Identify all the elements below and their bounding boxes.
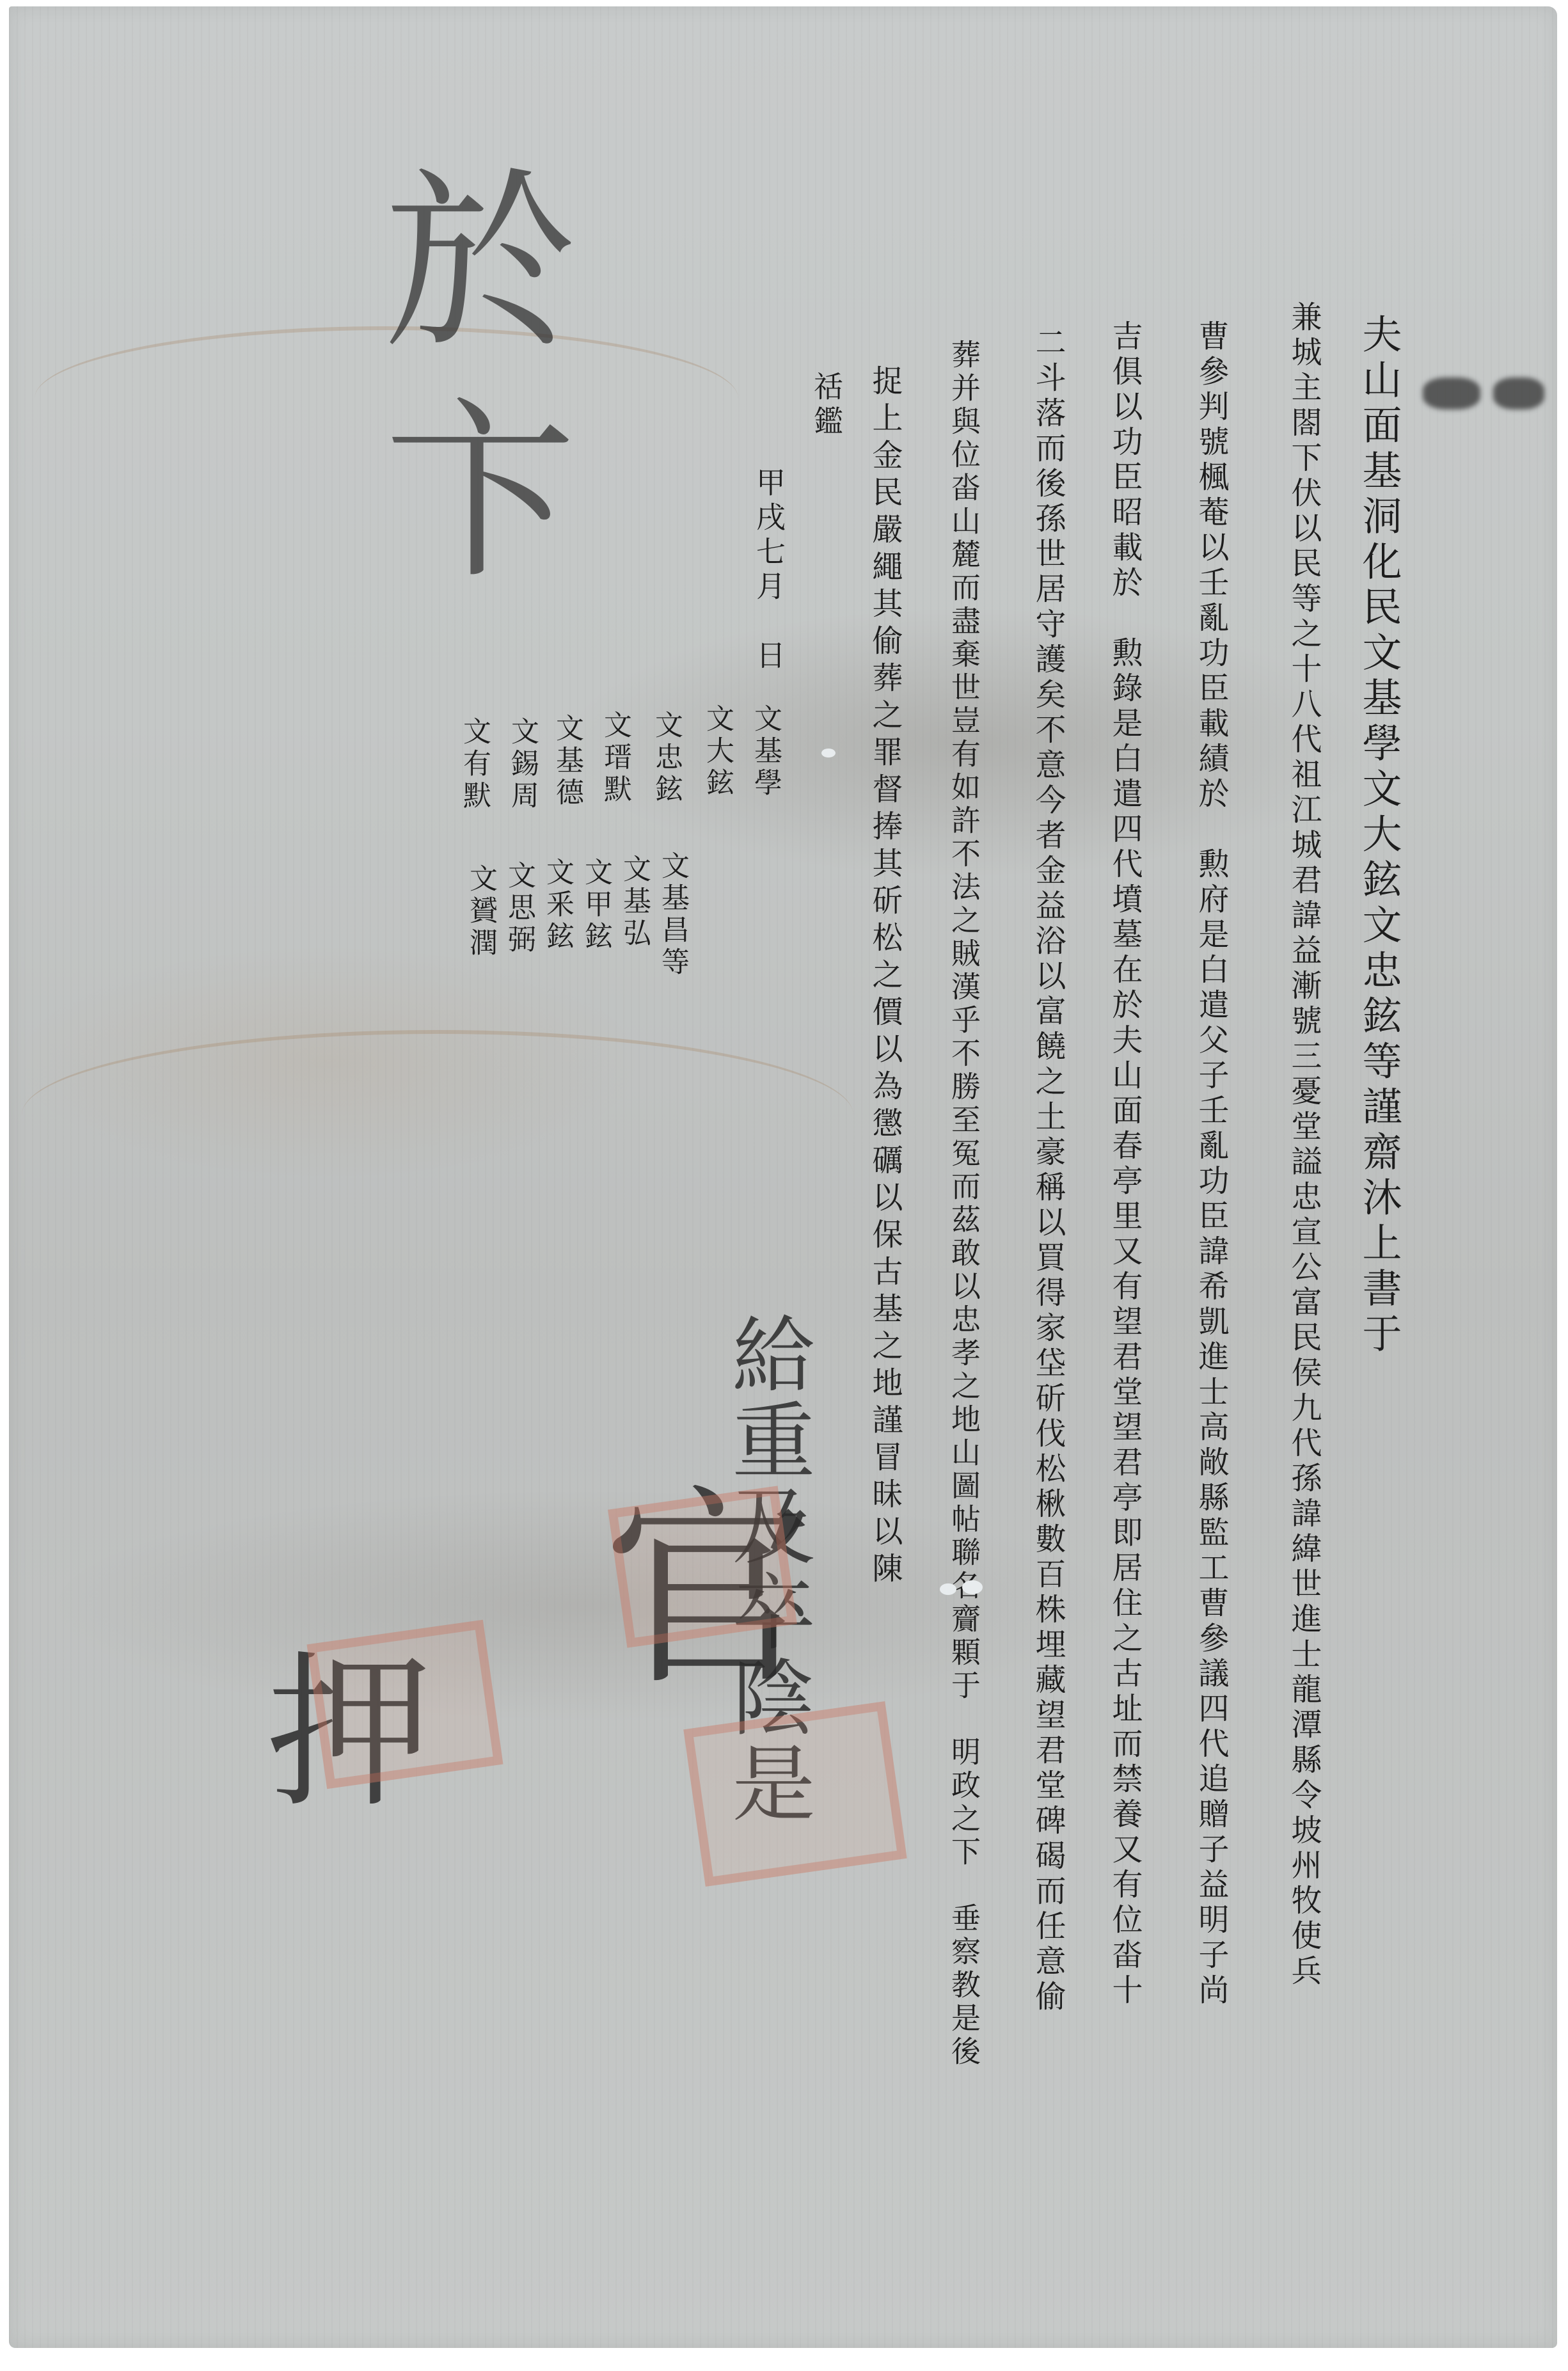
text-column-4: 吉俱以功臣昭載於 勲錄是白遣四代墳墓在於夫山面春亭里又有望君堂望君亭即居住之古址… bbox=[1109, 320, 1140, 2009]
signatory: 文基學 bbox=[751, 704, 779, 800]
red-seal bbox=[608, 1486, 797, 1647]
signatory: 文基德 bbox=[553, 713, 581, 809]
text-column-5: 二斗落而後孫世居守護矣不意今者金益浴以富饒之土豪稱以買得家垈斫伐松楸數百株埋藏望… bbox=[1033, 326, 1063, 2015]
signatory: 文基弘 bbox=[620, 854, 648, 950]
signatory: 文基昌等 bbox=[658, 851, 686, 979]
signatory: 文贇潤 bbox=[466, 864, 495, 960]
signatory: 文瑨默 bbox=[601, 710, 629, 806]
closing-phrase: 䄆鑑 bbox=[812, 371, 841, 440]
signatory: 文釆鉉 bbox=[543, 857, 571, 953]
signatory: 文甲鉉 bbox=[582, 857, 610, 953]
text-column-6: 葬并與位畓山麓而盡棄世豈有如許不法之賊漢乎不勝至冤而茲敢以忠孝之地山圖帖聯名齎顆… bbox=[949, 339, 979, 2069]
red-seal bbox=[683, 1701, 907, 1887]
paper-hole bbox=[962, 1580, 983, 1594]
text-column-2: 兼城主閤下伏以民等之十八代祖江城君諱益漸號三憂堂謚忠宣公富民侯九代孫諱緯世進士龍… bbox=[1288, 301, 1319, 1990]
text-column-7: 捉上金民嚴繩其偷葬之罪督捧其斫松之價以為懲礪以保古基之地謹冒昧以陳 bbox=[869, 365, 900, 1589]
signatory: 文忠鉉 bbox=[652, 710, 680, 806]
signatory: 文思弼 bbox=[505, 860, 533, 956]
signatory: 文有默 bbox=[460, 717, 488, 813]
paper-hole bbox=[940, 1583, 956, 1595]
text-column-3: 曹參判號楓菴以壬亂功臣載績於 勲府是白遣父子壬亂功臣諱希凱進士高敞縣監工曹參議四… bbox=[1196, 320, 1226, 2009]
text-column-1: 夫山面基洞化民文基學文大鉉文忠鉉等謹齋沐上書于 bbox=[1359, 313, 1398, 1358]
official-annotation-top: 於卞 bbox=[367, 160, 559, 621]
signatory: 文大鉉 bbox=[703, 704, 731, 800]
ink-blot bbox=[1493, 377, 1544, 409]
ink-blot bbox=[1423, 377, 1480, 409]
signatory: 文錫周 bbox=[508, 717, 536, 813]
date-line: 甲戌七月 日 bbox=[754, 467, 784, 674]
red-seal bbox=[306, 1620, 503, 1789]
paper-document: 夫山面基洞化民文基學文大鉉文忠鉉等謹齋沐上書于 兼城主閤下伏以民等之十八代祖江城… bbox=[9, 6, 1557, 2348]
water-stain bbox=[22, 1030, 853, 1200]
paper-hole bbox=[821, 749, 835, 757]
